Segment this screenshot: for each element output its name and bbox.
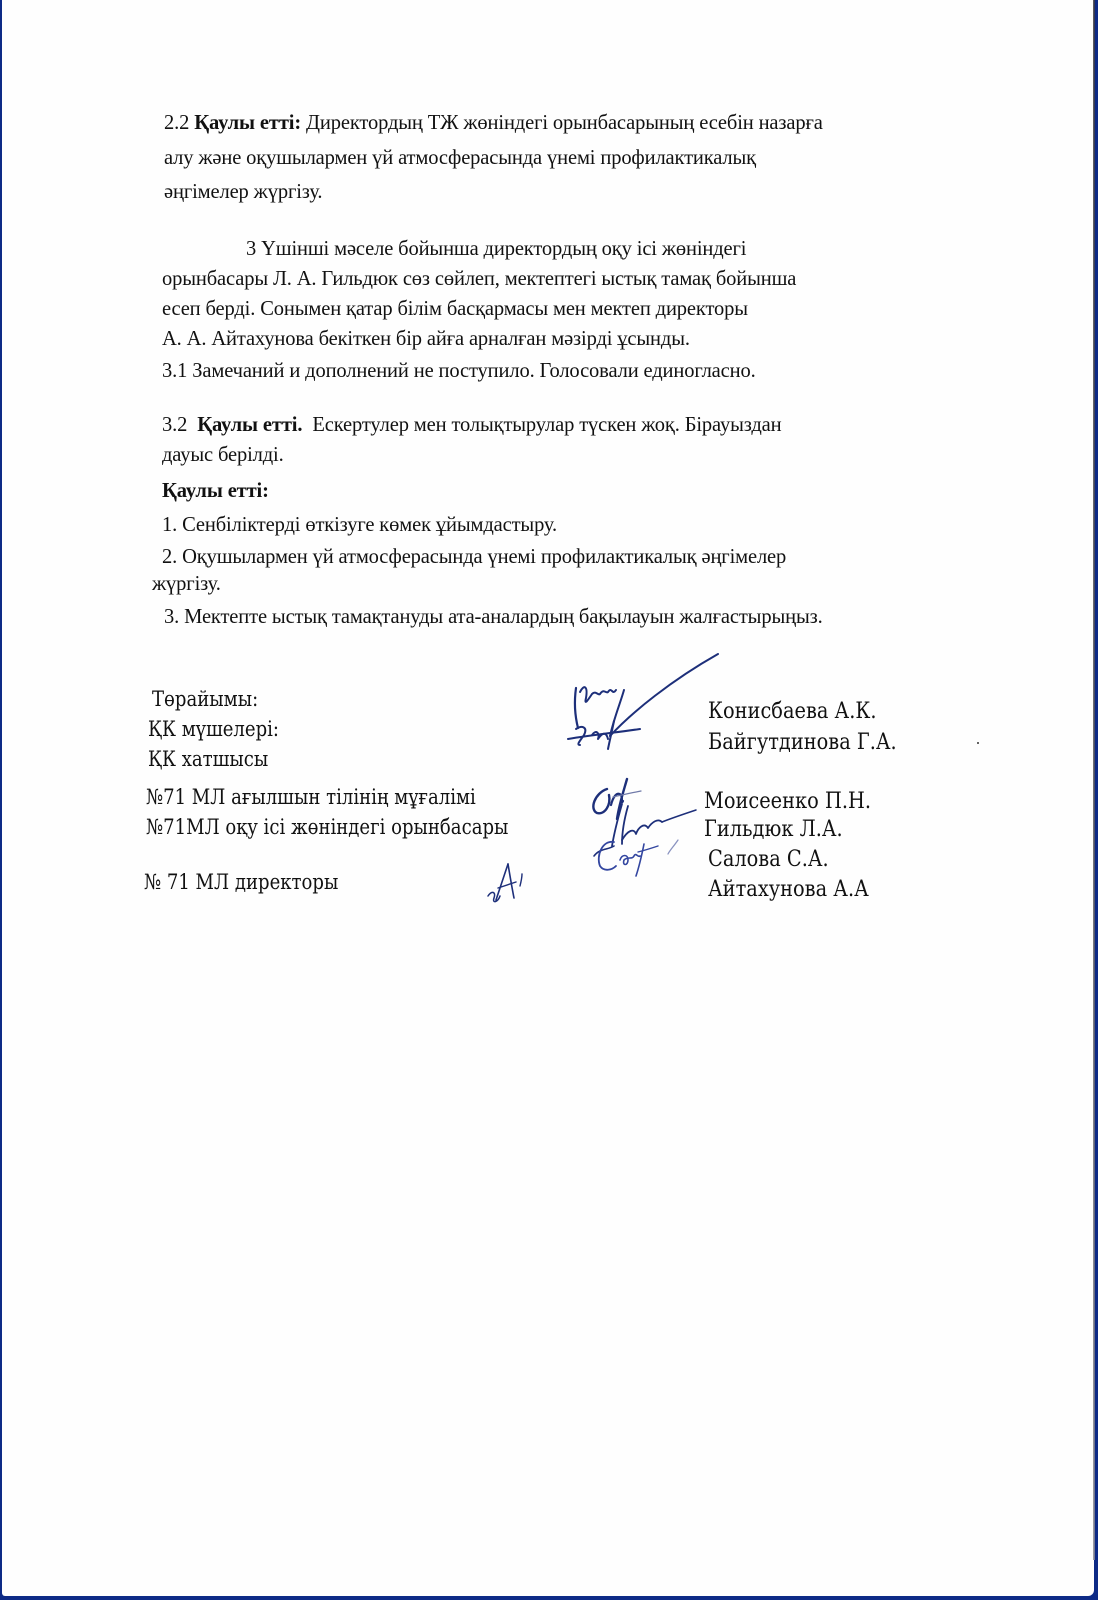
role-members: ҚК мүшелері: [148, 719, 279, 740]
paragraph-2-2-line-2: алу және оқушылармен үй атмосферасында ү… [164, 147, 756, 169]
resolution-item-2-cont: жүргізу. [152, 573, 221, 595]
paragraph-3-line-4: А. А. Айтахунова бекіткен бір айға арнал… [162, 328, 690, 350]
resolution-label: Қаулы етті: [194, 110, 301, 134]
paragraph-2-2-line-1: 2.2 Қаулы етті: Директордың ТЖ жөніндегі… [164, 112, 823, 134]
resolution-item-3: 3. Мектепте ыстық тамақтануды ата-аналар… [164, 606, 823, 628]
resolution-item-1: 1. Сенбіліктерді өткізуге көмек ұйымдаст… [162, 514, 557, 536]
paragraph-3-line-1: 3 Үшінші мәселе бойынша директордың оқу … [246, 238, 746, 260]
paragraph-text: Директордың ТЖ жөніндегі орынбасарының е… [306, 110, 823, 134]
name-gildyuk: Гильдюк Л.А. [704, 819, 843, 841]
paragraph-2-2-line-3: әңгімелер жүргізу. [164, 181, 322, 203]
role-director: № 71 МЛ директоры [144, 872, 338, 893]
name-salova: Салова С.А. [708, 849, 829, 871]
role-secretary: ҚК хатшысы [148, 749, 268, 770]
paragraph-3-line-3: есеп берді. Сонымен қатар білім басқарма… [162, 298, 748, 320]
resolution-item-2: 2. Оқушылармен үй атмосферасында үнемі п… [162, 546, 786, 568]
paragraph-3-line-2: орынбасары Л. А. Гильдюк сөз сөйлеп, мек… [162, 268, 796, 290]
signature-baigutdinova-icon [562, 715, 662, 765]
ink-speck [977, 742, 979, 744]
name-konisbayeva: Конисбаева А.К. [708, 701, 876, 723]
resolution-heading: Қаулы етті: [162, 480, 269, 502]
paragraph-3-2-line-2: дауыс берілді. [162, 444, 284, 466]
document-page: 2.2 Қаулы етті: Директордың ТЖ жөніндегі… [2, 0, 1094, 1596]
name-baigutdinova: Байгутдинова Г.А. [708, 732, 897, 754]
role-english-teacher: №71 МЛ ағылшын тілінің мұғалімі [146, 787, 476, 808]
signature-director-icon [484, 858, 534, 910]
role-deputy-academic: №71МЛ оқу ісі жөніндегі орынбасары [146, 817, 508, 838]
paragraph-number: 2.2 [164, 110, 189, 134]
paragraph-3-2-line-1: 3.2 Қаулы етті. Ескертулер мен толықтыру… [162, 414, 781, 436]
paragraph-text: Ескертулер мен толықтырулар түскен жоқ. … [312, 412, 781, 436]
paragraph-3-1: 3.1 Замечаний и дополнений не поступило.… [162, 360, 756, 382]
resolution-label: Қаулы етті. [197, 412, 302, 436]
scan-edge-line [1093, 0, 1095, 1560]
paragraph-number: 3.2 [162, 412, 187, 436]
role-chair: Төрайымы: [152, 689, 258, 710]
name-moiseenko: Моисеенко П.Н. [704, 791, 871, 813]
name-aitakhunova: Айтахунова А.А [708, 879, 869, 901]
signature-salova-icon [592, 830, 702, 890]
